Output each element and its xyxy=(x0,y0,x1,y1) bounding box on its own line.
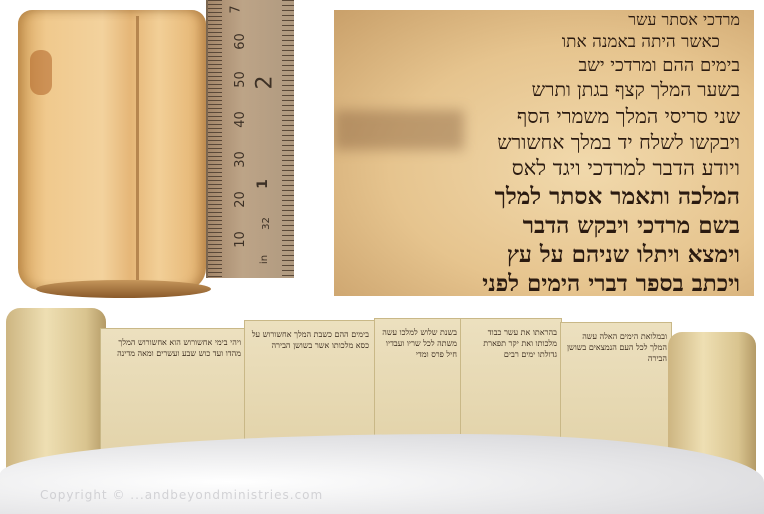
ruler-small-label: 32 xyxy=(261,217,272,230)
ruler-inch-ticks xyxy=(282,0,294,278)
text-line: ויבקשו לשלח יד במלך אחשורש xyxy=(340,132,740,152)
text-line: בשם מרדכי ויבקש הדבר xyxy=(340,214,740,237)
ruler-label: 7 xyxy=(229,5,244,13)
text-line: המלכה ותאמר אסתר למלך xyxy=(340,185,740,208)
ruler-small-label: in xyxy=(259,255,270,264)
ruler-label: 50 xyxy=(233,71,248,88)
ruler: 10 20 30 40 50 60 7 1 2 32 in xyxy=(206,0,294,278)
text-closeup-photo: מרדכי אסתר עשר כאשר היתה באמנה אתו בימים… xyxy=(334,10,754,296)
unrolled-scroll-photo: ויהי בימי אחשורוש הוא אחשורוש המלך מהדו … xyxy=(0,302,764,514)
hebrew-text-block: מרדכי אסתר עשר כאשר היתה באמנה אתו בימים… xyxy=(340,12,740,295)
text-line: בשער המלך קצף בגתן ותרש xyxy=(340,81,740,100)
scroll-seam xyxy=(136,16,139,280)
text-line: ויכתב בספר דברי הימים לפני xyxy=(340,272,740,295)
ruler-inch-label: 1 xyxy=(255,179,271,189)
text-line: בימים ההם ומרדכי ישב xyxy=(340,57,740,75)
scroll-base xyxy=(36,280,211,298)
text-line: מרדכי אסתר עשר xyxy=(340,12,740,28)
ruler-label: 60 xyxy=(233,33,248,50)
rolled-scroll xyxy=(18,10,206,290)
ruler-label: 10 xyxy=(233,231,248,248)
text-line: שני סריסי המלך משמרי הסף xyxy=(340,106,740,126)
parchment-stain xyxy=(30,50,52,95)
ruler-label: 40 xyxy=(233,111,248,128)
ruler-label: 30 xyxy=(233,151,248,168)
text-line: כאשר היתה באמנה אתו xyxy=(340,34,720,51)
text-line: וימצא ויתלו שניהם על עץ xyxy=(340,243,740,266)
ruler-label: 20 xyxy=(233,191,248,208)
ruler-inch-label: 2 xyxy=(253,76,278,90)
watermark: Copyright © ...andbeyondministries.com xyxy=(40,488,323,502)
text-line: ויודע הדבר למרדכי ויגד לאס xyxy=(340,158,740,179)
ruler-mm-ticks xyxy=(208,0,222,278)
rolled-scroll-photo: 10 20 30 40 50 60 7 1 2 32 in xyxy=(0,0,300,300)
